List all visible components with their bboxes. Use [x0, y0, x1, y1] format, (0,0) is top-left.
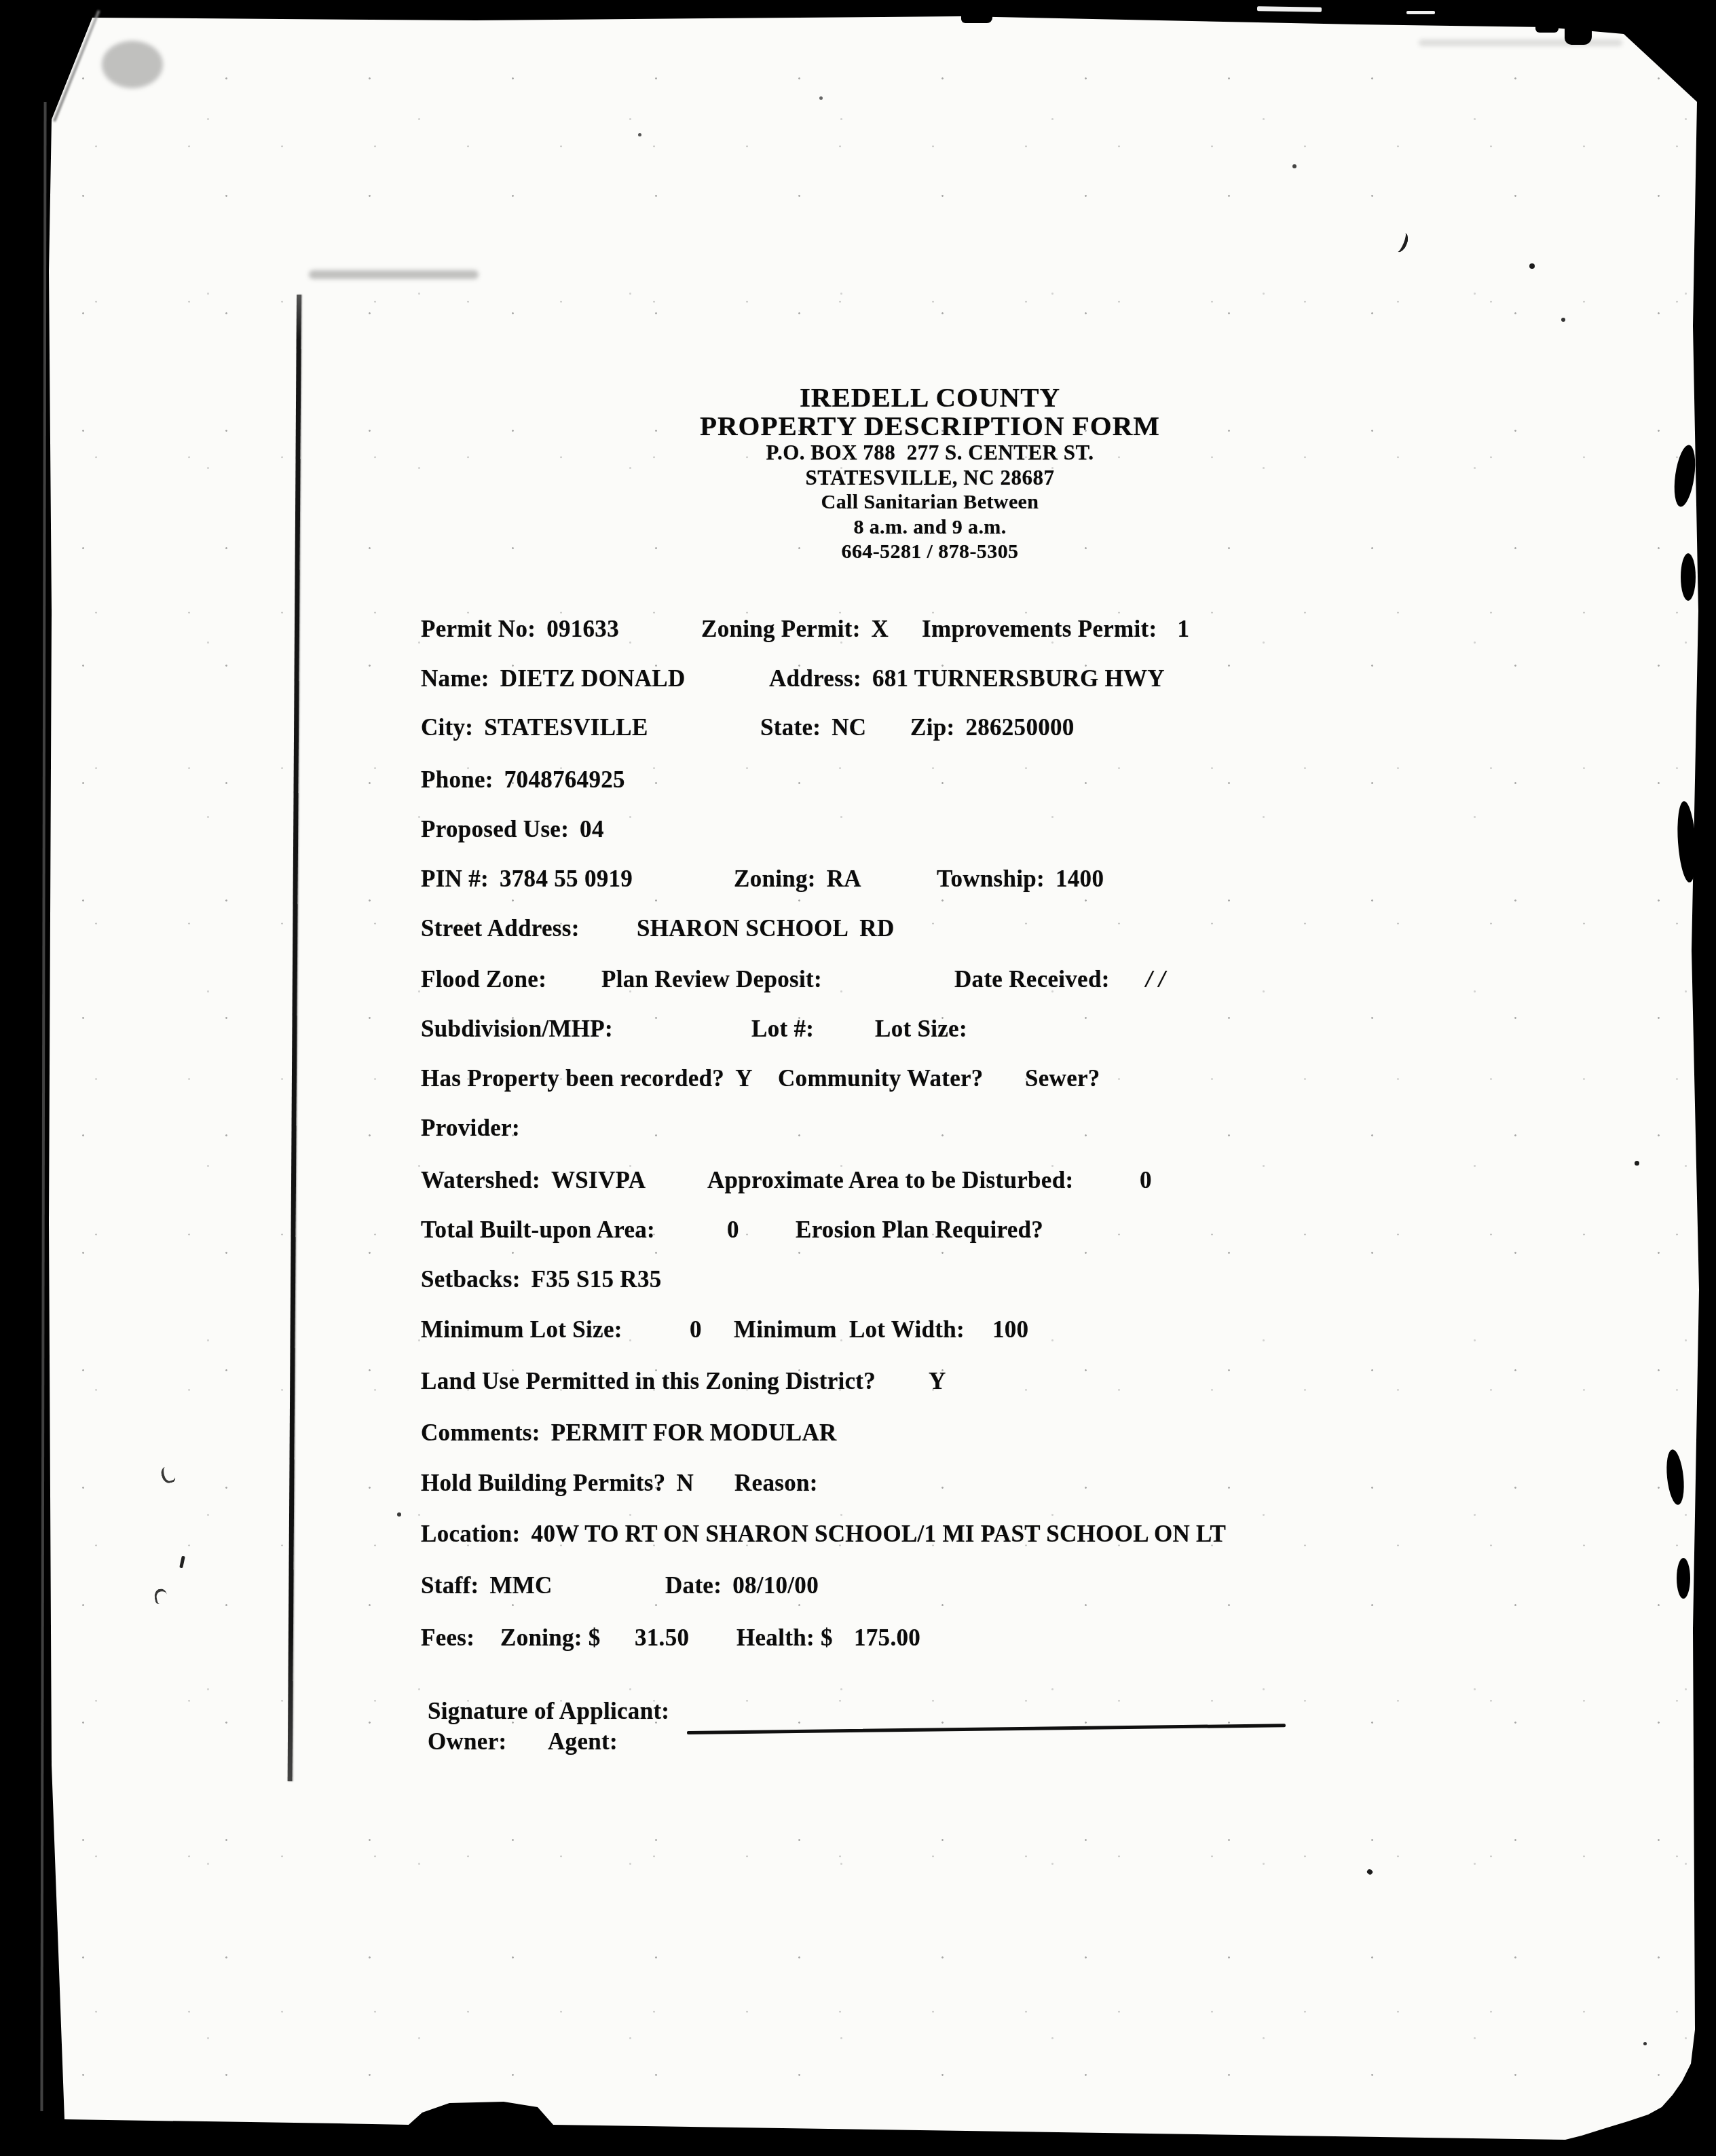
smudge-mark: [309, 270, 479, 279]
provider-label: Provider:: [421, 1115, 520, 1142]
ink-speck: [638, 133, 641, 136]
phone-numbers-line: 664-5281 / 878-5305: [421, 540, 1439, 563]
watershed-value: WSIVPA: [551, 1167, 646, 1193]
setbacks-label: Setbacks:: [421, 1266, 521, 1293]
ink-speck: [1561, 318, 1565, 322]
name-value: DIETZ DONALD: [500, 665, 686, 692]
city-label: City:: [421, 714, 473, 741]
land-use-permitted-label: Land Use Permitted in this Zoning Distri…: [421, 1369, 876, 1395]
zoning-fee-label: Zoning: $: [500, 1625, 601, 1652]
address-field: Address:681 TURNERSBURG HWY: [769, 666, 1165, 692]
owner-label: Owner:: [428, 1729, 507, 1755]
permit-no-label: Permit No:: [421, 616, 536, 642]
subdivision-mhp-label: Subdivision/MHP:: [421, 1016, 613, 1043]
date-field: Date:08/10/00: [665, 1573, 819, 1599]
comments-field: Comments:PERMIT FOR MODULAR: [421, 1420, 837, 1447]
county-title: IREDELL COUNTY: [421, 381, 1439, 413]
staff-field: Staff:MMC: [421, 1573, 553, 1599]
signature-label: Signature of Applicant:: [428, 1698, 669, 1725]
state-field: State:NC: [760, 715, 866, 741]
phone-field: Phone:7048764925: [421, 767, 625, 794]
hold-building-permits-field: Hold Building Permits?N: [421, 1470, 694, 1497]
lot-no-label: Lot #:: [751, 1016, 814, 1043]
date-received-label: Date Received:: [954, 967, 1110, 993]
scan-band-dash: [1406, 11, 1435, 14]
state-label: State:: [760, 714, 821, 741]
min-lot-width-value: 100: [992, 1317, 1028, 1343]
zoning-label: Zoning:: [734, 866, 816, 892]
date-received-value: / /: [1146, 967, 1165, 993]
watershed-label: Watershed:: [421, 1167, 540, 1193]
watershed-field: Watershed:WSIVPA: [421, 1168, 646, 1194]
property-recorded-value: Y: [735, 1065, 753, 1092]
proposed-use-label: Proposed Use:: [421, 816, 569, 842]
min-lot-size-value: 0: [690, 1317, 702, 1343]
setbacks-value: F35 S15 R35: [531, 1266, 662, 1293]
ink-speck: [1292, 164, 1297, 168]
ink-speck: [397, 1512, 401, 1517]
area-disturbed-value: 0: [1140, 1168, 1152, 1194]
pin-value: 3784 55 0919: [500, 866, 633, 892]
ink-blob: [1535, 26, 1559, 33]
sewer-label: Sewer?: [1025, 1066, 1100, 1092]
zoning-permit-label: Zoning Permit:: [701, 616, 861, 642]
smudge-mark: [1419, 39, 1622, 46]
improvements-permit-value: 1: [1178, 616, 1190, 642]
zip-field: Zip:286250000: [910, 715, 1075, 741]
health-fee-value: 175.00: [854, 1625, 920, 1652]
property-recorded-label: Has Property been recorded?: [421, 1065, 724, 1092]
address-value: 681 TURNERSBURG HWY: [872, 665, 1165, 692]
zoning-value: RA: [827, 866, 861, 892]
min-lot-size-label: Minimum Lot Size:: [421, 1317, 622, 1343]
permit-no-value: 091633: [546, 616, 619, 642]
proposed-use-value: 04: [580, 816, 604, 842]
page-edge-shadow-left: [40, 102, 46, 2111]
phone-label: Phone:: [421, 766, 493, 793]
community-water-label: Community Water?: [778, 1066, 984, 1092]
agent-label: Agent:: [548, 1729, 618, 1755]
staff-label: Staff:: [421, 1572, 479, 1599]
zip-label: Zip:: [910, 714, 954, 741]
staff-value: MMC: [489, 1572, 552, 1599]
city-field: City:STATESVILLE: [421, 715, 648, 741]
city-value: STATESVILLE: [484, 714, 648, 741]
flood-zone-label: Flood Zone:: [421, 967, 546, 993]
call-hours-line: 8 a.m. and 9 a.m.: [421, 516, 1439, 539]
total-built-area-label: Total Built-upon Area:: [421, 1217, 655, 1244]
location-field: Location:40W TO RT ON SHARON SCHOOL/1 MI…: [421, 1521, 1226, 1548]
ink-blob: [961, 15, 992, 23]
zoning-fee-value: 31.50: [635, 1625, 689, 1652]
smudge-mark: [102, 41, 163, 88]
ink-speck: [1529, 263, 1535, 269]
scanned-document: IREDELL COUNTY PROPERTY DESCRIPTION FORM…: [0, 0, 1716, 2156]
min-lot-width-label: Minimum Lot Width:: [734, 1317, 965, 1343]
permit-no-field: Permit No:091633: [421, 616, 619, 643]
call-note-line: Call Sanitarian Between: [421, 491, 1439, 514]
scan-band-dash: [1257, 6, 1322, 12]
pin-label: PIN #:: [421, 866, 489, 892]
torn-edge: [1677, 1558, 1690, 1599]
hold-building-permits-label: Hold Building Permits?: [421, 1470, 666, 1496]
date-value: 08/10/00: [732, 1572, 819, 1599]
fees-label: Fees:: [421, 1625, 474, 1652]
improvements-permit-field: Improvements Permit:1: [922, 616, 1189, 643]
phone-value: 7048764925: [504, 766, 625, 793]
total-built-area-value: 0: [727, 1217, 739, 1244]
pin-field: PIN #:3784 55 0919: [421, 866, 633, 893]
township-field: Township:1400: [937, 866, 1104, 893]
ink-blob: [1565, 26, 1592, 45]
ink-speck: [819, 96, 823, 100]
lot-size-label: Lot Size:: [875, 1016, 967, 1043]
ink-speck: [1643, 2042, 1647, 2045]
zoning-permit-value: X: [872, 616, 889, 642]
hold-building-permits-value: N: [677, 1470, 694, 1496]
reason-label: Reason:: [734, 1470, 818, 1497]
state-value: NC: [832, 714, 866, 741]
form-title: PROPERTY DESCRIPTION FORM: [421, 409, 1439, 442]
improvements-permit-label: Improvements Permit:: [922, 616, 1157, 642]
ink-speck: [1635, 1161, 1639, 1166]
po-box-line: P.O. BOX 788 277 S. CENTER ST.: [421, 441, 1439, 465]
erosion-plan-label: Erosion Plan Required?: [796, 1217, 1043, 1244]
setbacks-field: Setbacks:F35 S15 R35: [421, 1267, 662, 1293]
location-label: Location:: [421, 1521, 521, 1547]
name-field: Name:DIETZ DONALD: [421, 666, 686, 692]
plan-review-deposit-label: Plan Review Deposit:: [601, 967, 822, 993]
proposed-use-field: Proposed Use:04: [421, 817, 604, 843]
zip-value: 286250000: [965, 714, 1074, 741]
date-label: Date:: [665, 1572, 722, 1599]
street-address-label: Street Address:: [421, 916, 580, 942]
zoning-field: Zoning:RA: [734, 866, 861, 893]
torn-edge: [1681, 553, 1696, 601]
city-state-zip-line: STATESVILLE, NC 28687: [421, 466, 1439, 490]
location-value: 40W TO RT ON SHARON SCHOOL/1 MI PAST SCH…: [531, 1521, 1227, 1547]
comments-label: Comments:: [421, 1419, 540, 1446]
land-use-permitted-value: Y: [929, 1369, 946, 1395]
address-label: Address:: [769, 665, 861, 692]
area-disturbed-label: Approximate Area to be Disturbed:: [707, 1168, 1073, 1194]
zoning-permit-field: Zoning Permit:X: [701, 616, 889, 643]
street-address-value: SHARON SCHOOL RD: [637, 916, 894, 942]
township-value: 1400: [1056, 866, 1104, 892]
property-recorded-field: Has Property been recorded?Y: [421, 1066, 753, 1092]
township-label: Township:: [937, 866, 1045, 892]
comments-value: PERMIT FOR MODULAR: [551, 1419, 837, 1446]
name-label: Name:: [421, 665, 489, 692]
health-fee-label: Health: $: [736, 1625, 833, 1652]
